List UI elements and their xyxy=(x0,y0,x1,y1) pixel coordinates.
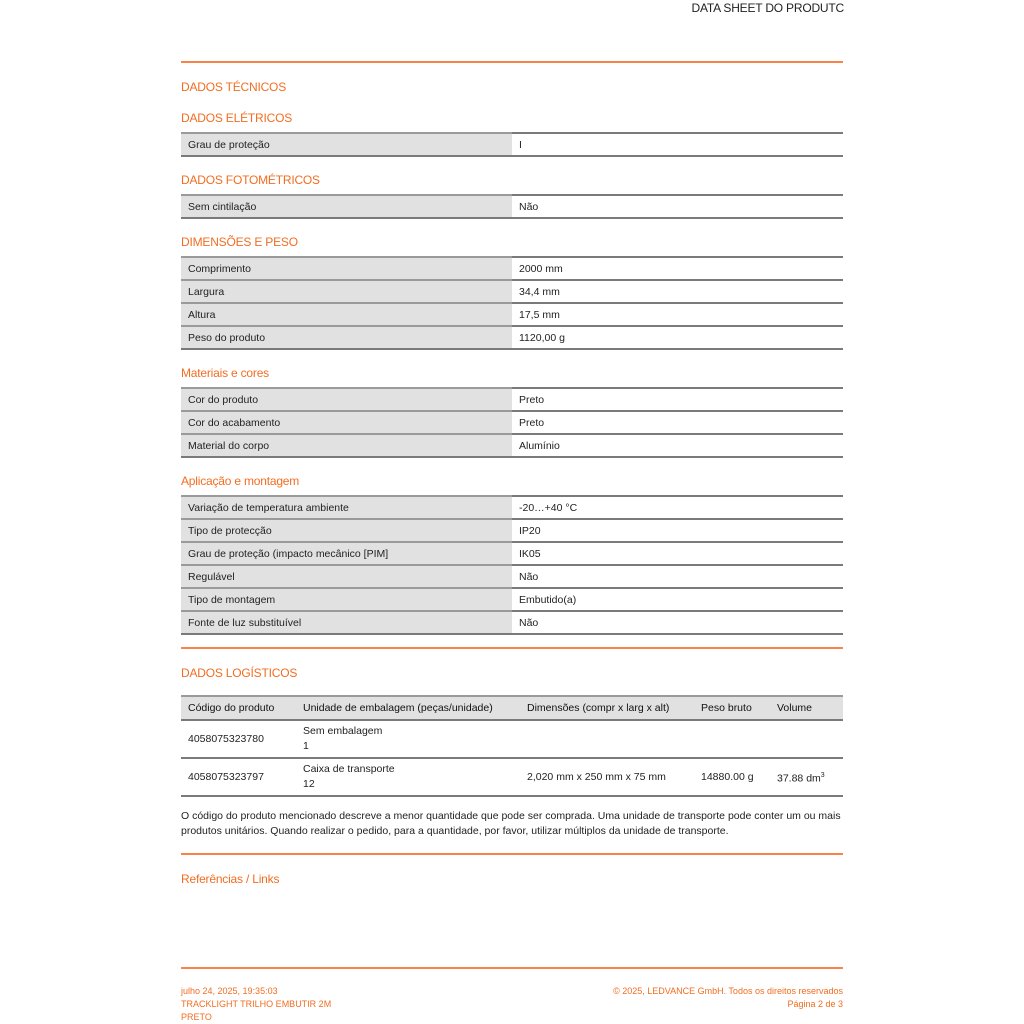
row-label: Variação de temperatura ambiente xyxy=(181,496,512,519)
table-row: Peso do produto1120,00 g xyxy=(181,326,843,349)
table-row: RegulávelNão xyxy=(181,565,843,588)
dimensions-table: Comprimento2000 mm Largura34,4 mm Altura… xyxy=(181,256,843,350)
row-label: Sem cintilação xyxy=(181,195,512,218)
cell-dimensions: 2,020 mm x 250 mm x 75 mm xyxy=(520,758,694,796)
col-header-volume: Volume xyxy=(770,696,843,720)
row-label: Comprimento xyxy=(181,257,512,280)
section-title-photometric: DADOS FOTOMÉTRICOS xyxy=(181,173,320,187)
footer-date: julho 24, 2025, 19:35:03 xyxy=(181,985,331,998)
unit-name: Caixa de transporte xyxy=(303,762,520,777)
row-label: Grau de proteção (impacto mecânico [PIM] xyxy=(181,542,512,565)
row-label: Fonte de luz substituível xyxy=(181,611,512,634)
volume-value: 37.88 dm xyxy=(777,772,821,784)
cell-code: 4058075323780 xyxy=(181,720,296,758)
row-value: IP20 xyxy=(512,519,843,542)
table-row: Sem cintilação Não xyxy=(181,195,843,218)
table-row: Cor do acabamentoPreto xyxy=(181,411,843,434)
cell-code: 4058075323797 xyxy=(181,758,296,796)
col-header-weight: Peso bruto xyxy=(694,696,770,720)
unit-qty: 1 xyxy=(303,739,520,754)
footer-left: julho 24, 2025, 19:35:03 TRACKLIGHT TRIL… xyxy=(181,985,331,1024)
table-row: 4058075323780 Sem embalagem1 xyxy=(181,720,843,758)
cell-weight xyxy=(694,720,770,758)
row-label: Regulável xyxy=(181,565,512,588)
row-label: Altura xyxy=(181,303,512,326)
table-row: Fonte de luz substituívelNão xyxy=(181,611,843,634)
section-title-application: Aplicação e montagem xyxy=(181,474,299,488)
footer-copyright: © 2025, LEDVANCE GmbH. Todos os direitos… xyxy=(613,985,843,998)
row-value: Embutido(a) xyxy=(512,588,843,611)
photometric-table: Sem cintilação Não xyxy=(181,194,843,219)
row-value: Não xyxy=(512,611,843,634)
footer-page-number: Página 2 de 3 xyxy=(613,998,843,1011)
unit-qty: 12 xyxy=(303,777,520,792)
table-row: Grau de proteção I xyxy=(181,133,843,156)
row-label: Largura xyxy=(181,280,512,303)
col-header-code: Código do produto xyxy=(181,696,296,720)
page-header-title: DATA SHEET DO PRODUTC xyxy=(692,1,845,15)
references-divider xyxy=(181,853,843,855)
section-title-technical: DADOS TÉCNICOS xyxy=(181,80,286,94)
row-label: Tipo de montagem xyxy=(181,588,512,611)
row-value: Não xyxy=(512,565,843,588)
row-label: Material do corpo xyxy=(181,434,512,457)
logistics-table: Código do produto Unidade de embalagem (… xyxy=(181,695,843,797)
section-title-logistics: DADOS LOGÍSTICOS xyxy=(181,666,297,680)
row-label: Cor do acabamento xyxy=(181,411,512,434)
table-row: Comprimento2000 mm xyxy=(181,257,843,280)
row-label: Grau de proteção xyxy=(181,133,512,156)
cell-unit: Sem embalagem1 xyxy=(296,720,520,758)
application-table: Variação de temperatura ambiente-20…+40 … xyxy=(181,495,843,635)
table-row: Variação de temperatura ambiente-20…+40 … xyxy=(181,496,843,519)
unit-name: Sem embalagem xyxy=(303,724,520,739)
header-divider xyxy=(181,61,843,63)
cell-volume: 37.88 dm3 xyxy=(770,758,843,796)
row-value: 17,5 mm xyxy=(512,303,843,326)
row-value: Não xyxy=(512,195,843,218)
row-value: I xyxy=(512,133,843,156)
section-title-references: Referências / Links xyxy=(181,872,279,886)
row-value: IK05 xyxy=(512,542,843,565)
cell-volume xyxy=(770,720,843,758)
col-header-dimensions: Dimensões (compr x larg x alt) xyxy=(520,696,694,720)
electrical-table: Grau de proteção I xyxy=(181,132,843,157)
row-value: Alumínio xyxy=(512,434,843,457)
volume-unit-exp: 3 xyxy=(821,772,825,779)
table-row: Tipo de montagemEmbutido(a) xyxy=(181,588,843,611)
row-value: -20…+40 °C xyxy=(512,496,843,519)
table-row: Largura34,4 mm xyxy=(181,280,843,303)
row-value: Preto xyxy=(512,411,843,434)
row-value: 1120,00 g xyxy=(512,326,843,349)
table-row: 4058075323797 Caixa de transporte12 2,02… xyxy=(181,758,843,796)
footer-divider xyxy=(181,967,843,969)
table-row: Tipo de protecçãoIP20 xyxy=(181,519,843,542)
logistics-note: O código do produto mencionado descreve … xyxy=(181,809,843,839)
row-label: Tipo de protecção xyxy=(181,519,512,542)
col-header-unit: Unidade de embalagem (peças/unidade) xyxy=(296,696,520,720)
cell-dimensions xyxy=(520,720,694,758)
cell-weight: 14880.00 g xyxy=(694,758,770,796)
section-title-dimensions: DIMENSÕES E PESO xyxy=(181,235,298,249)
cell-unit: Caixa de transporte12 xyxy=(296,758,520,796)
section-title-electrical: DADOS ELÉTRICOS xyxy=(181,111,292,125)
row-value: Preto xyxy=(512,388,843,411)
row-label: Cor do produto xyxy=(181,388,512,411)
logistics-divider xyxy=(181,647,843,649)
materials-table: Cor do produtoPreto Cor do acabamentoPre… xyxy=(181,387,843,458)
footer-product-line1: TRACKLIGHT TRILHO EMBUTIR 2M xyxy=(181,998,331,1011)
footer-right: © 2025, LEDVANCE GmbH. Todos os direitos… xyxy=(613,985,843,1011)
row-label: Peso do produto xyxy=(181,326,512,349)
table-row: Altura17,5 mm xyxy=(181,303,843,326)
table-row: Grau de proteção (impacto mecânico [PIM]… xyxy=(181,542,843,565)
section-title-materials: Materiais e cores xyxy=(181,366,269,380)
footer-product-line2: PRETO xyxy=(181,1011,331,1024)
table-row: Material do corpoAlumínio xyxy=(181,434,843,457)
table-header-row: Código do produto Unidade de embalagem (… xyxy=(181,696,843,720)
table-row: Cor do produtoPreto xyxy=(181,388,843,411)
row-value: 2000 mm xyxy=(512,257,843,280)
row-value: 34,4 mm xyxy=(512,280,843,303)
